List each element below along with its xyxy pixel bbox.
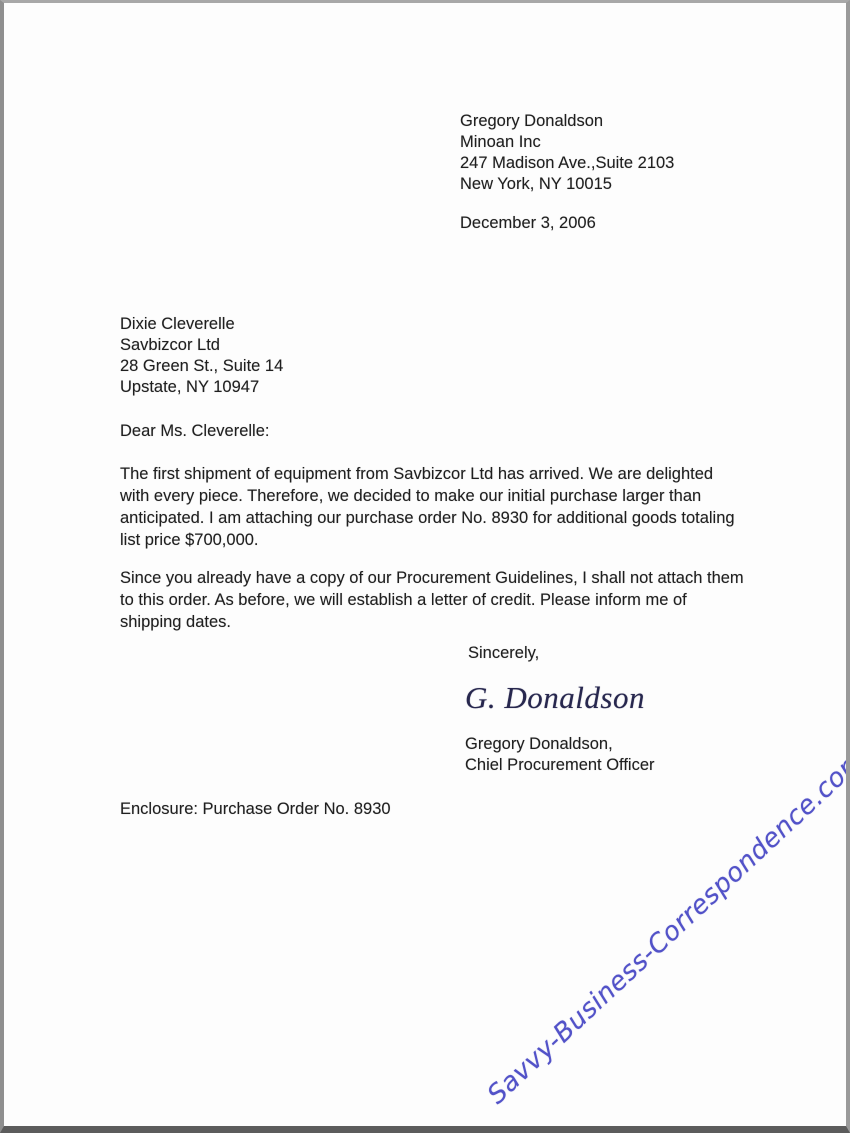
signer-name-title-block: Gregory Donaldson, Chiel Procurement Off… (465, 734, 655, 776)
enclosure-note: Enclosure: Purchase Order No. 8930 (120, 800, 391, 819)
sender-address-block: Gregory Donaldson Minoan Inc 247 Madison… (460, 111, 674, 195)
recipient-address-block: Dixie Cleverelle Savbizcor Ltd 28 Green … (120, 314, 283, 398)
salutation: Dear Ms. Cleverelle: (120, 422, 269, 441)
body-paragraph-2: Since you already have a copy of our Pro… (120, 567, 744, 633)
closing-line: Sincerely, (468, 644, 539, 663)
letter-page: Gregory Donaldson Minoan Inc 247 Madison… (0, 0, 850, 1133)
body-paragraph-1: The first shipment of equipment from Sav… (120, 463, 735, 551)
site-watermark: Savvy-Business-Correspondence.com (482, 768, 846, 1110)
handwritten-signature: G. Donaldson (465, 680, 645, 716)
date-line: December 3, 2006 (460, 214, 596, 233)
